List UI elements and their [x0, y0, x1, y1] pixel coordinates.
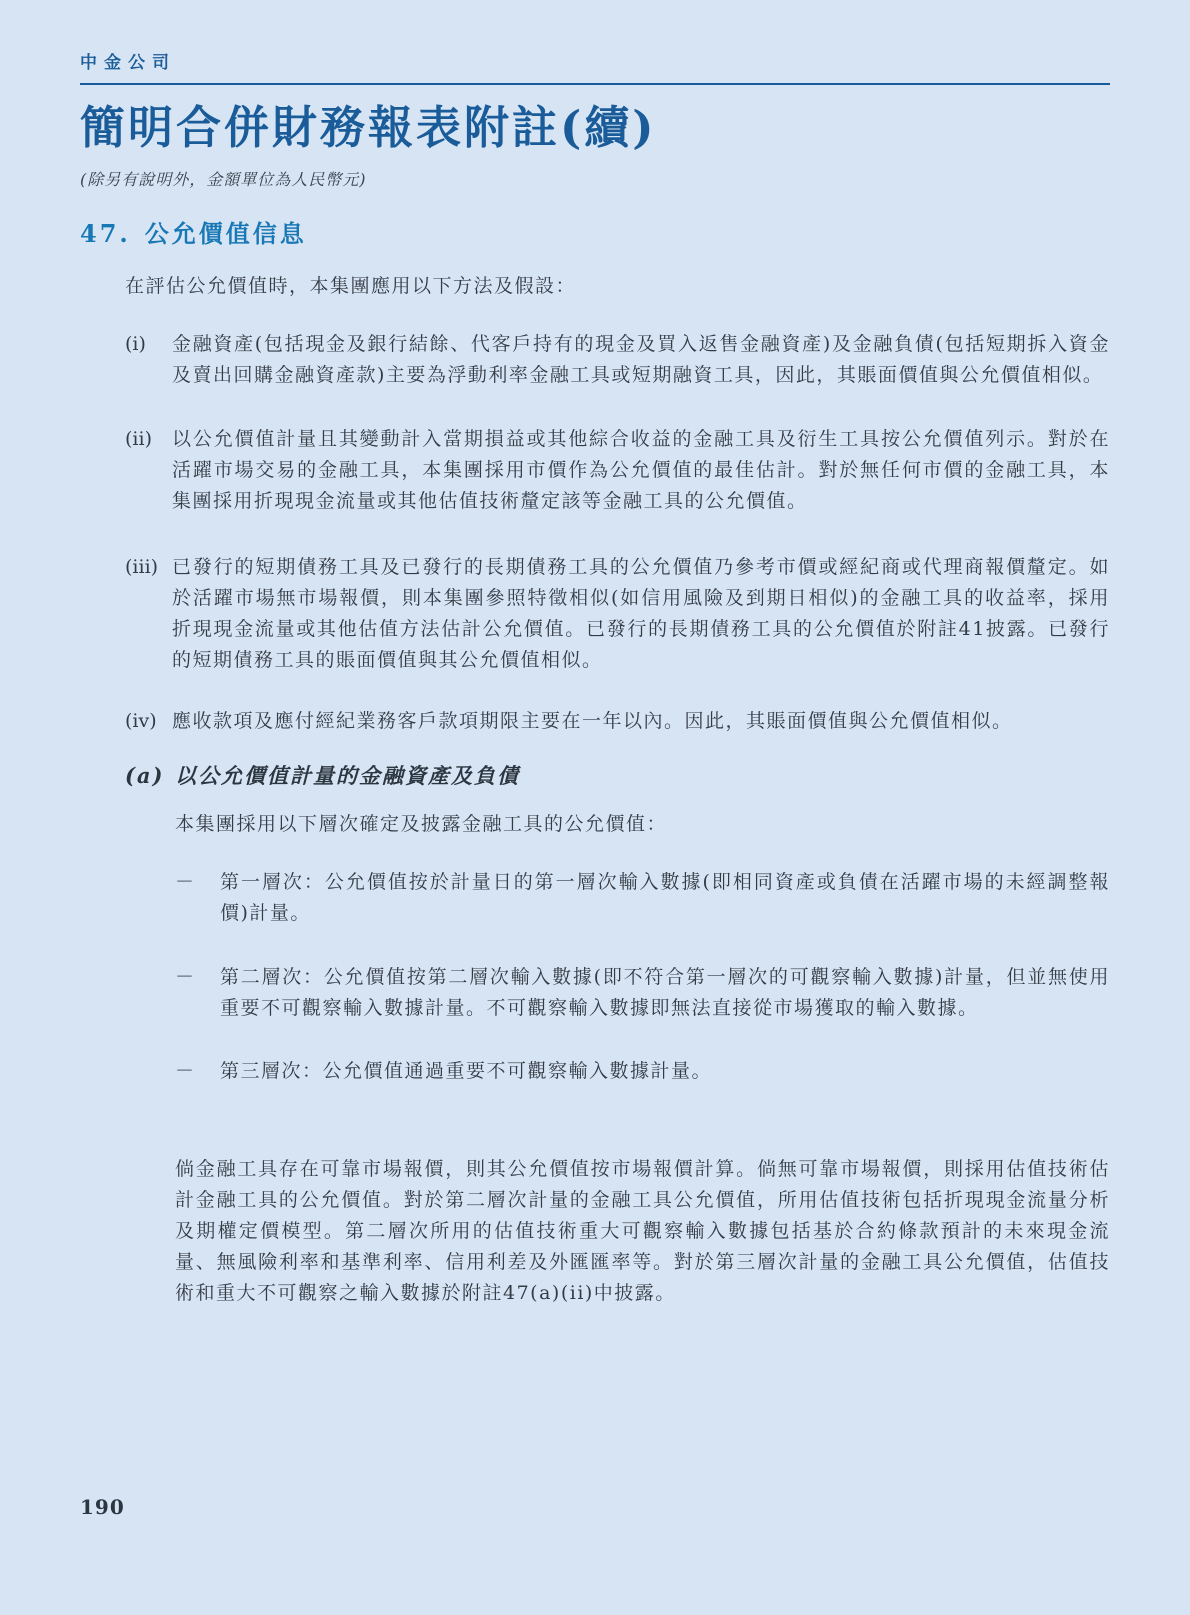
section-intro: 在評估公允價值時，本集團應用以下方法及假設： — [125, 271, 1110, 302]
list-marker-iii: (iii) — [125, 552, 172, 676]
page-content: 中金公司 簡明合併財務報表附註(續) (除另有說明外，金額單位為人民幣元) 47… — [0, 0, 1190, 1309]
bullet-text-2: 第二層次：公允價值按第二層次輸入數據(即不符合第一層次的可觀察輸入數據)計量，但… — [220, 962, 1110, 1024]
list-item-ii: (ii) 以公允價值計量且其變動計入當期損益或其他綜合收益的金融工具及衍生工具按… — [125, 424, 1110, 517]
section-heading: 47. 公允價值信息 — [80, 219, 1110, 249]
level-bullet-3: － 第三層次：公允價值通過重要不可觀察輸入數據計量。 — [175, 1056, 1110, 1087]
bullet-text-3: 第三層次：公允價值通過重要不可觀察輸入數據計量。 — [220, 1056, 1110, 1087]
header-rule — [80, 83, 1110, 85]
subsection-intro: 本集團採用以下層次確定及披露金融工具的公允價值： — [175, 809, 1110, 840]
bullet-dash-2: － — [175, 962, 220, 1024]
subsection-body: 本集團採用以下層次確定及披露金融工具的公允價值： － 第一層次：公允價值按於計量… — [175, 809, 1110, 1309]
level-bullet-1: － 第一層次：公允價值按於計量日的第一層次輸入數據(即相同資產或負債在活躍市場的… — [175, 867, 1110, 929]
list-text-iii: 已發行的短期債務工具及已發行的長期債務工具的公允價值乃參考市價或經紀商或代理商報… — [172, 552, 1110, 676]
subsection-title: 以公允價值計量的金融資產及負債 — [175, 762, 520, 790]
list-text-ii: 以公允價值計量且其變動計入當期損益或其他綜合收益的金融工具及衍生工具按公允價值列… — [172, 424, 1110, 517]
list-item-iii: (iii) 已發行的短期債務工具及已發行的長期債務工具的公允價值乃參考市價或經紀… — [125, 552, 1110, 676]
list-marker-iv: (iv) — [125, 706, 172, 737]
bullet-dash-1: － — [175, 867, 220, 929]
list-text-i: 金融資產(包括現金及銀行結餘、代客戶持有的現金及買入返售金融資產)及金融負債(包… — [172, 329, 1110, 391]
level-bullet-2: － 第二層次：公允價值按第二層次輸入數據(即不符合第一層次的可觀察輸入數據)計量… — [175, 962, 1110, 1024]
subsection-heading: (a) 以公允價值計量的金融資產及負債 — [125, 762, 1110, 790]
document-title: 簡明合併財務報表附註(續) — [80, 101, 1110, 155]
subsection-closing-paragraph: 倘金融工具存在可靠市場報價，則其公允價值按市場報價計算。倘無可靠市場報價，則採用… — [175, 1154, 1110, 1309]
subsection-marker: (a) — [125, 762, 175, 790]
document-subtitle: (除另有說明外，金額單位為人民幣元) — [80, 169, 1110, 191]
company-name: 中金公司 — [80, 48, 1110, 73]
list-marker-ii: (ii) — [125, 424, 172, 517]
document-page: 中金公司 簡明合併財務報表附註(續) (除另有說明外，金額單位為人民幣元) 47… — [0, 0, 1190, 1615]
section-number: 47. — [80, 219, 131, 249]
page-number: 190 — [80, 1495, 125, 1519]
list-item-iv: (iv) 應收款項及應付經紀業務客戶款項期限主要在一年以內。因此，其賬面價值與公… — [125, 706, 1110, 737]
bullet-dash-3: － — [175, 1056, 220, 1087]
list-item-i: (i) 金融資產(包括現金及銀行結餘、代客戶持有的現金及買入返售金融資產)及金融… — [125, 329, 1110, 391]
section-title: 公允價值信息 — [145, 219, 307, 249]
bullet-text-1: 第一層次：公允價值按於計量日的第一層次輸入數據(即相同資產或負債在活躍市場的未經… — [220, 867, 1110, 929]
list-marker-i: (i) — [125, 329, 172, 391]
list-text-iv: 應收款項及應付經紀業務客戶款項期限主要在一年以內。因此，其賬面價值與公允價值相似… — [172, 706, 1110, 737]
